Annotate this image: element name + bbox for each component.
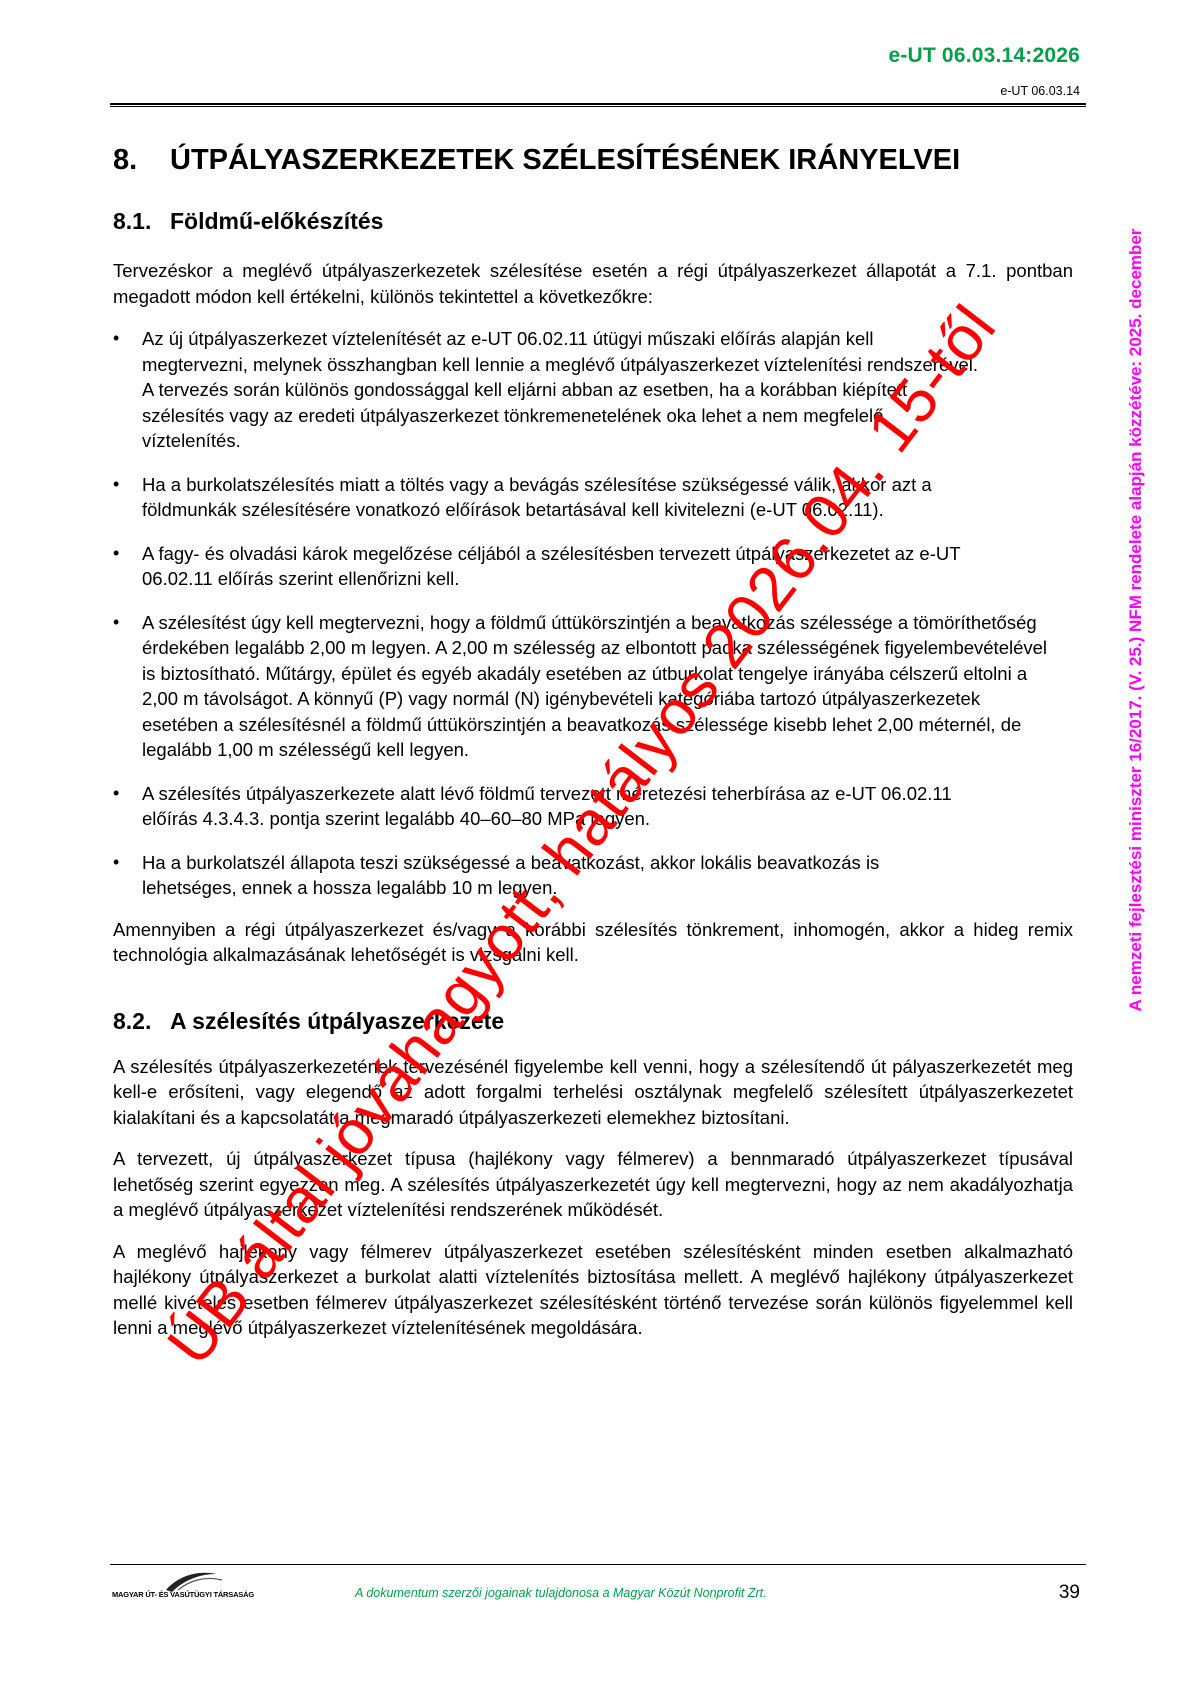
section-8-2-paragraph: A szélesítés útpályaszerkezetének tervez… (113, 1054, 1073, 1131)
copyright-note: A dokumentum szerzői jogainak tulajdonos… (355, 1586, 767, 1600)
section-8-heading: 8.ÚTPÁLYASZERKEZETEK SZÉLESÍTÉSÉNEK IRÁN… (113, 140, 1073, 180)
footer-divider (110, 1564, 1086, 1565)
bullet-item: Az új útpályaszerkezet víztelenítését az… (113, 326, 1073, 454)
section-8-1-bullet-list: Az új útpályaszerkezet víztelenítését az… (113, 326, 1073, 901)
section-8-1-heading: 8.1.Földmű-előkészítés (113, 204, 1073, 238)
section-8-2-paragraph: A tervezett, új útpályaszerkezet típusa … (113, 1146, 1073, 1223)
section-8-2-number: 8.2. (113, 1004, 170, 1038)
header-divider (110, 103, 1086, 107)
section-8-1-number: 8.1. (113, 204, 170, 238)
bullet-item: A szélesítés útpályaszerkezete alatt lév… (113, 781, 1073, 832)
page-content: 8.ÚTPÁLYASZERKEZETEK SZÉLESÍTÉSÉNEK IRÁN… (113, 140, 1073, 1341)
bullet-item: Ha a burkolatszélesítés miatt a töltés v… (113, 472, 1073, 523)
page-number: 39 (1059, 1582, 1080, 1604)
section-8-2-title: A szélesítés útpályaszerkezete (170, 1008, 504, 1034)
section-8-1-intro: Tervezéskor a meglévő útpályaszerkezetek… (113, 258, 1073, 309)
section-8-1-closing: Amennyiben a régi útpályaszerkezet és/va… (113, 917, 1073, 968)
section-8-number: 8. (113, 140, 170, 180)
swoosh-logo-icon (164, 1570, 224, 1592)
bullet-item: A fagy- és olvadási károk megelőzése cél… (113, 541, 1073, 592)
bullet-item: Ha a burkolatszél állapota teszi szükség… (113, 850, 1073, 901)
section-8-2-paragraph: A meglévő hajlékony vagy félmerev útpály… (113, 1239, 1073, 1341)
publication-margin-note: A nemzeti fejlesztési miniszter 16/2017.… (1126, 229, 1146, 1012)
section-8-2-heading: 8.2.A szélesítés útpályaszerkezete (113, 1004, 1073, 1038)
publisher-name: MAGYAR ÚT- ÉS VASÚTÜGYI TÁRSASÁG (112, 1590, 254, 1599)
document-running-header: e-UT 06.03.14 (1000, 84, 1080, 98)
bullet-item: A szélesítést úgy kell megtervezni, hogy… (113, 610, 1073, 763)
document-page: e-UT 06.03.14:2026 e-UT 06.03.14 8.ÚTPÁL… (0, 0, 1190, 1684)
publisher-logo: MAGYAR ÚT- ÉS VASÚTÜGYI TÁRSASÁG (112, 1570, 262, 1612)
document-code: e-UT 06.03.14:2026 (888, 44, 1080, 68)
section-8-1-title: Földmű-előkészítés (170, 208, 383, 234)
section-8-title: ÚTPÁLYASZERKEZETEK SZÉLESÍTÉSÉNEK IRÁNYE… (170, 144, 960, 176)
